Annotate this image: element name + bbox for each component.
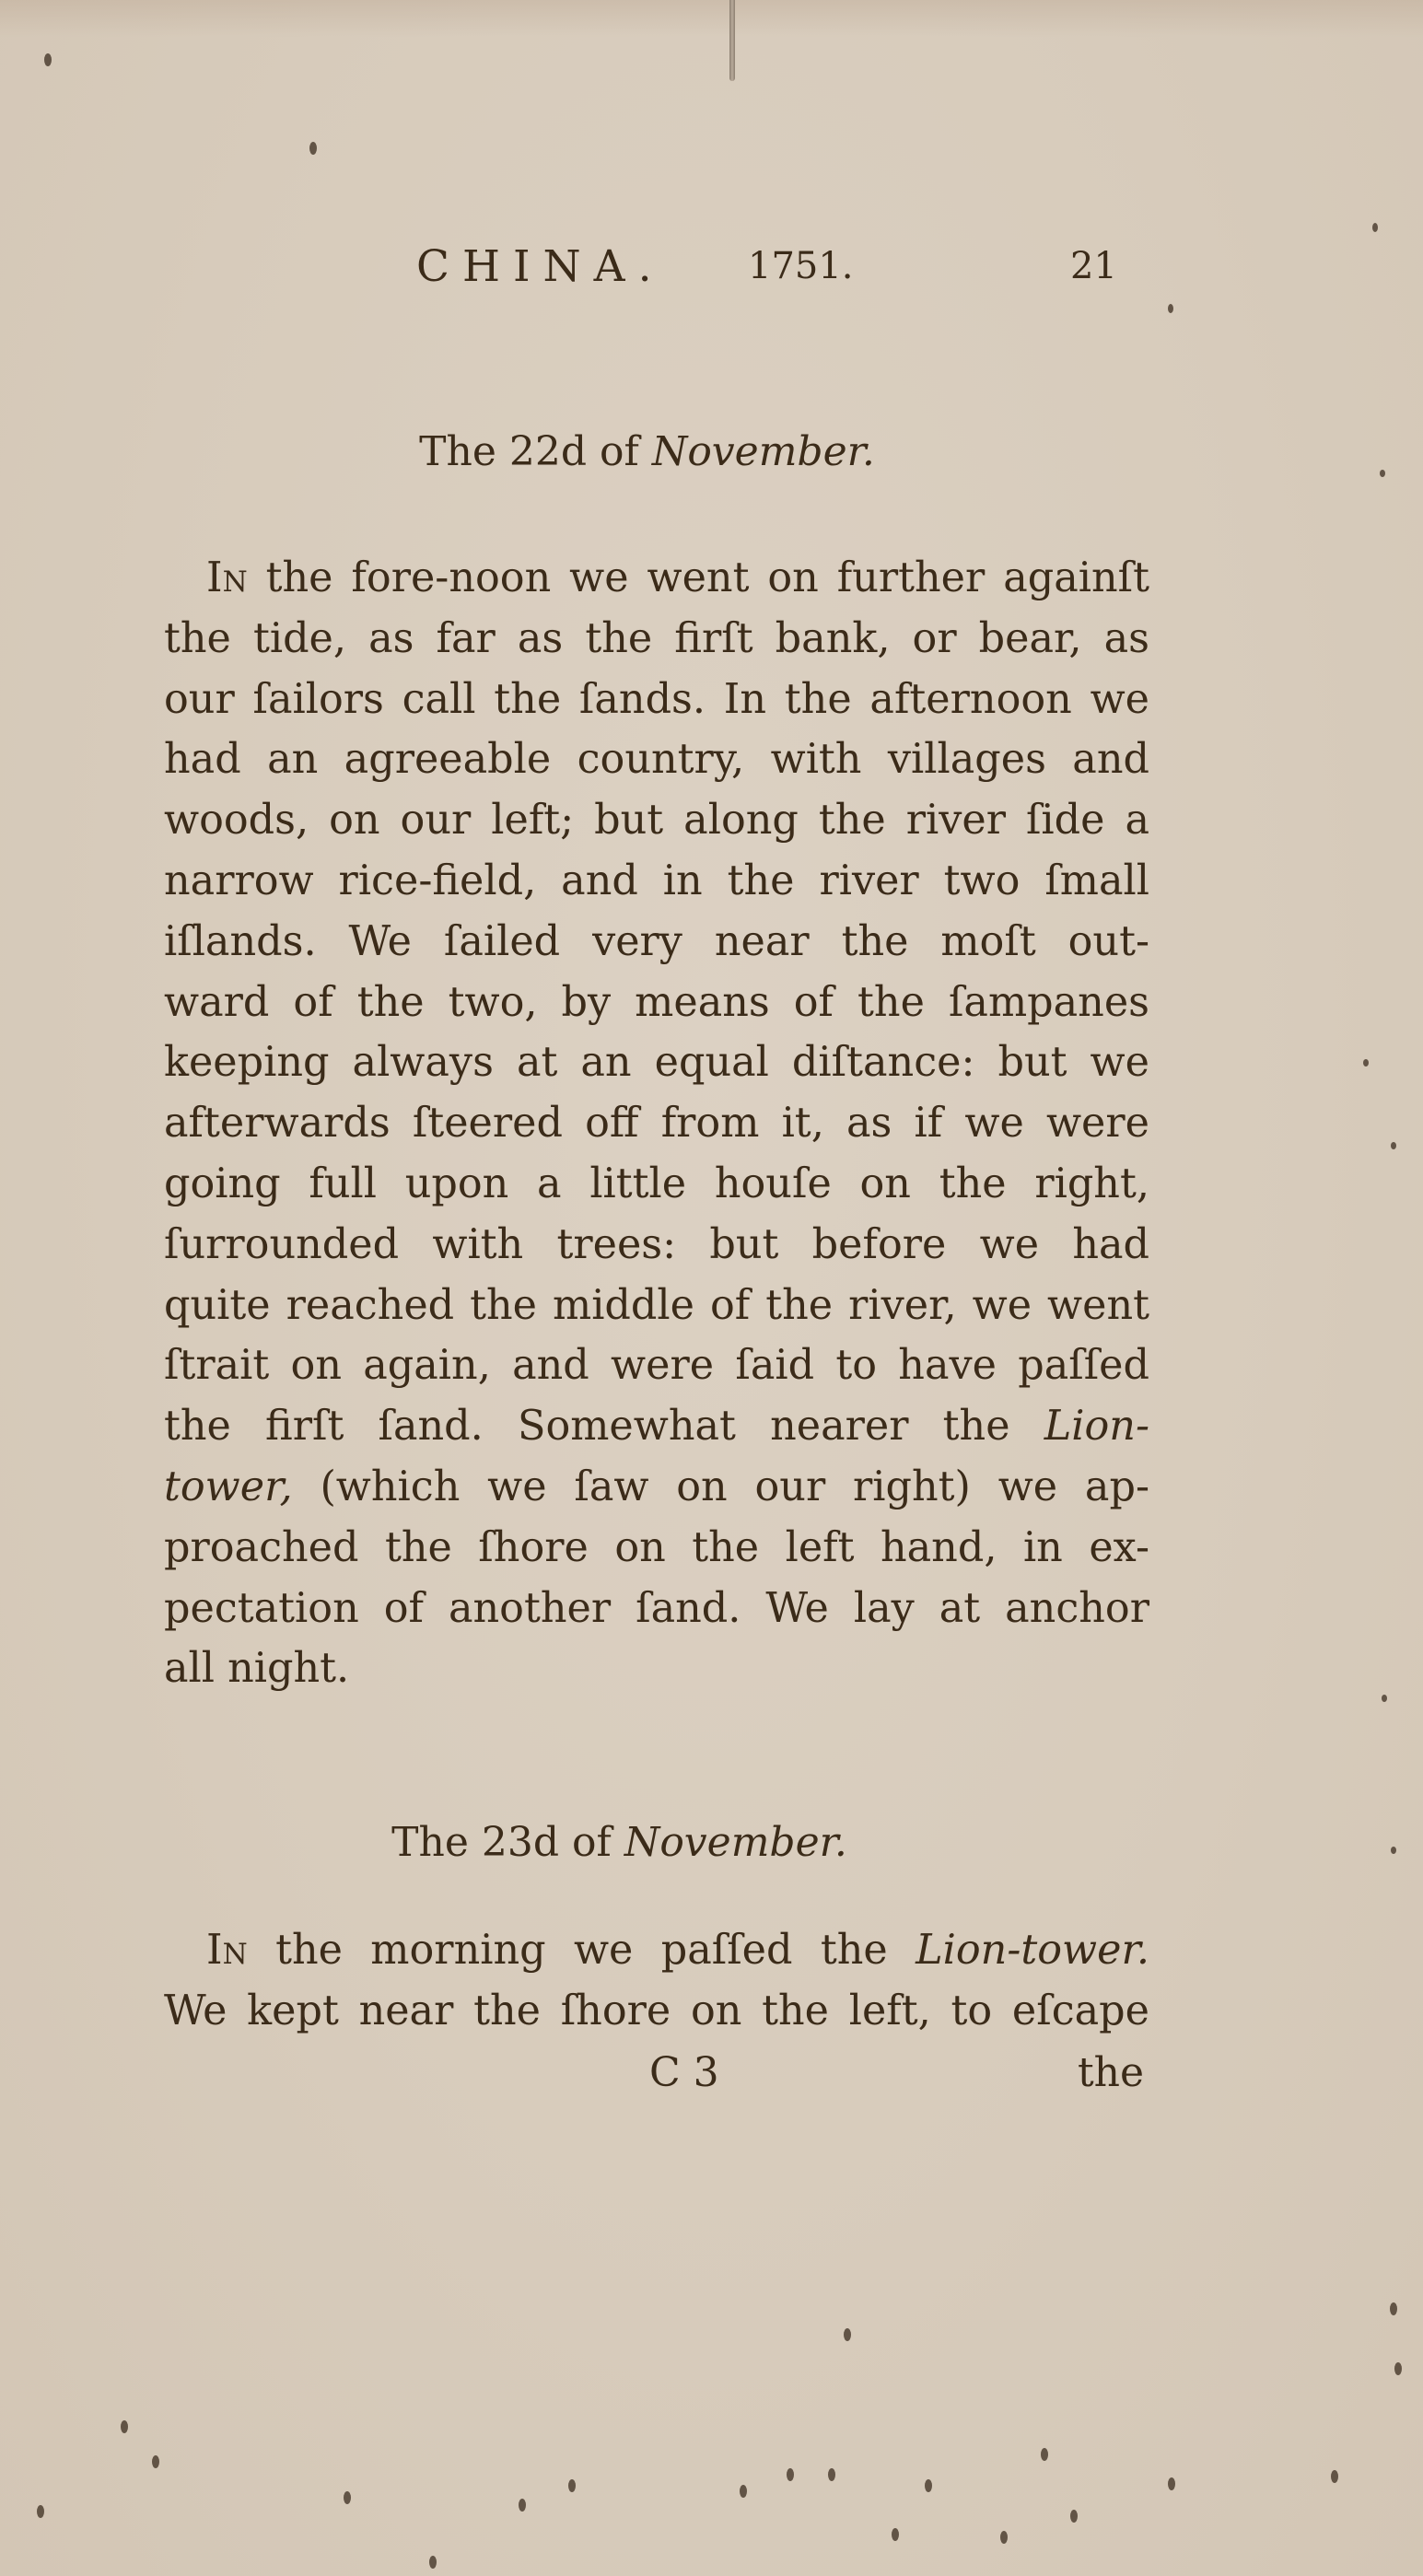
text-line: In the fore-noon we went on further agai…: [164, 548, 1149, 609]
text-line: ſurrounded with trees: but before we had: [164, 1215, 1149, 1276]
running-head-year: 1751.: [748, 245, 854, 287]
foxing-speck: [740, 2485, 747, 2498]
foxing-speck: [1391, 1847, 1396, 1854]
foxing-speck: [892, 2528, 899, 2541]
text-line: pectation of another ſand. We lay at anc…: [164, 1579, 1149, 1639]
foxing-speck: [1391, 1142, 1396, 1149]
foxing-speck: [568, 2479, 576, 2492]
heading-prefix: The 23d of: [391, 1819, 612, 1866]
foxing-speck: [787, 2468, 794, 2481]
text-line: our ſailors call the ſands. In the after…: [164, 670, 1149, 730]
binding-thread: [729, 0, 735, 81]
foxing-speck: [519, 2499, 526, 2512]
foxing-speck: [429, 2556, 437, 2569]
foxing-speck: [1070, 2510, 1078, 2523]
entry-heading-nov-23: The 23d of November.: [0, 1819, 1331, 1866]
foxing-speck: [1390, 2302, 1397, 2315]
foxing-speck: [309, 142, 317, 155]
heading-month: November.: [652, 428, 875, 475]
catchword: the: [1078, 2049, 1144, 2096]
text-line: afterwards ſteered off from it, as if we…: [164, 1093, 1149, 1154]
text-line: the firſt ſand. Somewhat nearer the Lion…: [164, 1396, 1149, 1457]
text-line: woods, on our left; but along the river …: [164, 790, 1149, 851]
text-line: keeping always at an equal diſtance: but…: [164, 1032, 1149, 1093]
foxing-speck: [1363, 1059, 1369, 1067]
foxing-speck: [1394, 2362, 1402, 2375]
text-line: ſtrait on again, and were ſaid to have p…: [164, 1335, 1149, 1396]
page-top-edge-shadow: [0, 0, 1423, 37]
foxing-speck: [1382, 1695, 1387, 1702]
foxing-speck: [1331, 2470, 1338, 2483]
foxing-speck: [1380, 470, 1385, 477]
text-line: quite reached the middle of the river, w…: [164, 1276, 1149, 1336]
book-page: CHINA. 1751. 21 The 22d of November. In …: [0, 0, 1423, 2576]
foxing-speck: [1168, 2477, 1175, 2490]
line-text: the morning we paſſed the: [275, 1927, 888, 1974]
text-line: proached the ſhore on the left hand, in …: [164, 1518, 1149, 1579]
text-line: all night.: [164, 1638, 1149, 1699]
foxing-speck: [844, 2328, 851, 2341]
text-line: iſlands. We ſailed very near the moſt ou…: [164, 912, 1149, 973]
foxing-speck: [1000, 2531, 1008, 2544]
foxing-speck: [121, 2420, 128, 2433]
foxing-speck: [37, 2505, 44, 2518]
text-line: We kept near the ſhore on the left, to e…: [164, 1981, 1149, 2042]
foxing-speck: [152, 2455, 159, 2468]
heading-prefix: The 22d of: [419, 428, 639, 475]
text-line: narrow rice-field, and in the river two …: [164, 851, 1149, 912]
line-text: (which we ſaw on our right) we ap-: [320, 1463, 1149, 1510]
entry-body-nov-23: In the morning we paſſed the Lion-tower.…: [164, 1920, 1149, 2042]
foxing-speck: [925, 2479, 932, 2492]
heading-month: November.: [624, 1819, 847, 1866]
signature-mark: C 3: [649, 2049, 719, 2096]
italic-place-name: Lion-tower.: [916, 1927, 1149, 1974]
foxing-speck: [344, 2491, 351, 2504]
page-number: 21: [1070, 245, 1117, 287]
text-line: In the morning we paſſed the Lion-tower.: [164, 1920, 1149, 1981]
entry-body-nov-22: In the fore-noon we went on further agai…: [164, 548, 1149, 1699]
foxing-speck: [1041, 2448, 1048, 2461]
running-head: CHINA. 1751. 21: [416, 241, 1172, 297]
foxing-speck: [828, 2468, 835, 2481]
foxing-speck: [1372, 223, 1378, 232]
foxing-speck: [44, 53, 52, 66]
text-line: the tide, as far as the firſt bank, or b…: [164, 609, 1149, 670]
running-head-title: CHINA.: [416, 241, 665, 292]
text-line: going full upon a little houſe on the ri…: [164, 1154, 1149, 1215]
italic-place-name: Lion-: [1044, 1403, 1149, 1450]
foxing-speck: [1168, 304, 1173, 313]
line-text: the fore-noon we went on further againſt: [266, 554, 1149, 601]
drop-word: In: [206, 1927, 248, 1974]
text-line: had an agreeable country, with villages …: [164, 729, 1149, 790]
text-line: ward of the two, by means of the ſampane…: [164, 973, 1149, 1033]
drop-word: In: [206, 554, 248, 601]
entry-heading-nov-22: The 22d of November.: [0, 428, 1359, 475]
text-line: tower, (which we ſaw on our right) we ap…: [164, 1457, 1149, 1518]
line-text: the firſt ſand. Somewhat nearer the: [164, 1403, 1010, 1450]
italic-place-name: tower,: [164, 1463, 293, 1510]
